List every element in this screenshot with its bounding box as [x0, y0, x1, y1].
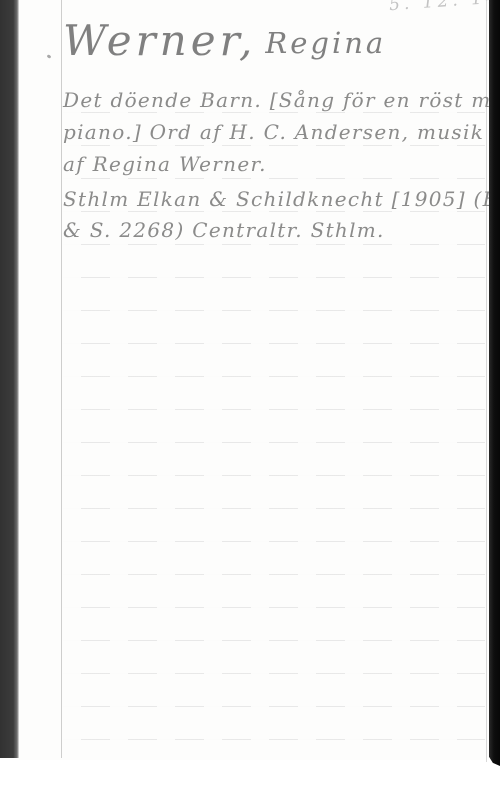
heading-forename: Regina: [265, 26, 386, 60]
scanned-catalog-card: 5. 12. 14. Werner,Regina Det döende Barn…: [0, 0, 500, 800]
publisher-line: Sthlm Elkan & Schildknecht [1905] (E.: [63, 184, 495, 215]
heading-surname: Werner,: [63, 16, 256, 65]
card-page: 5. 12. 14. Werner,Regina Det döende Barn…: [19, 0, 489, 760]
right-margin-rule: [486, 0, 487, 762]
title-paragraph: Det döende Barn. [Sång för en röst med p…: [63, 84, 495, 180]
corner-pencil-annotation: 5. 12. 14.: [388, 0, 500, 15]
ruled-lines: [63, 80, 485, 758]
title-line: af Regina Werner.: [63, 148, 495, 180]
left-margin-rule: [61, 0, 62, 758]
publisher-line: & S. 2268) Centraltr. Sthlm.: [63, 215, 495, 246]
title-line: Det döende Barn. [Sång för en röst med: [63, 84, 495, 116]
publisher-paragraph: Sthlm Elkan & Schildknecht [1905] (E. & …: [63, 184, 495, 246]
scan-left-edge-strip: [0, 0, 19, 758]
card-heading: Werner,Regina: [63, 16, 386, 65]
ink-speck: [47, 54, 52, 59]
title-line: piano.] Ord af H. C. Andersen, musik: [63, 116, 495, 148]
scan-right-edge-strip: [489, 0, 500, 766]
